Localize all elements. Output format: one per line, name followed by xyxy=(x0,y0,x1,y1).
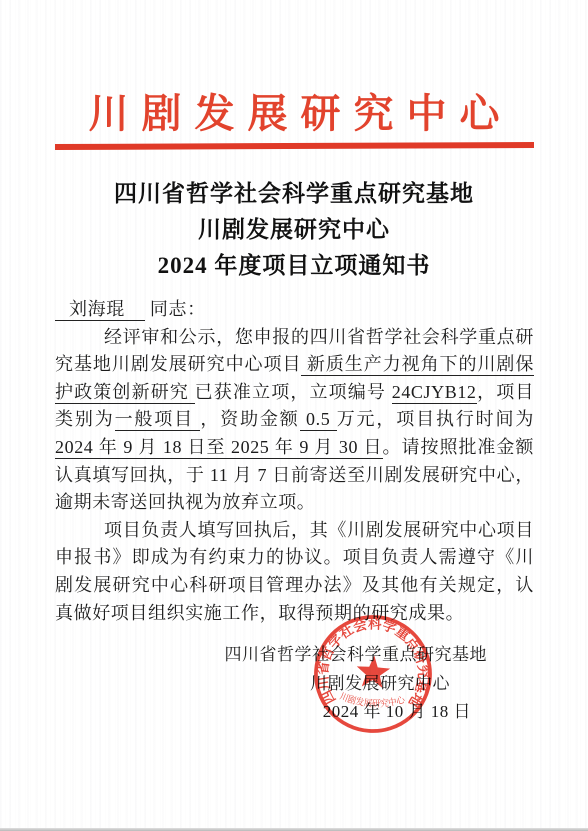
project-number-field: 24CJYB12 xyxy=(392,382,477,404)
p1-text: ，资助金额 xyxy=(200,409,299,429)
document-page: 川剧发展研究中心 四川省哲学社会科学重点研究基地 川剧发展研究中心 2024 年… xyxy=(0,0,588,831)
signature-org-line1: 四川省哲学社会科学重点研究基地 xyxy=(55,641,487,670)
salutation-line: 刘海琨 同志： xyxy=(55,296,534,324)
letterhead-title: 川剧发展研究中心 xyxy=(0,82,588,139)
project-period-field: 2024 年 9 月 18 日至 2025 年 9 月 30 日 xyxy=(55,437,383,459)
letterhead-divider-rule xyxy=(55,142,534,150)
p1-text: 已获准立项，立项编号 xyxy=(195,382,392,402)
title-line-2: 川剧发展研究中心 xyxy=(0,212,588,248)
signature-org-line2: 川剧发展研究中心 xyxy=(55,670,450,699)
grant-amount-field: 0.5 xyxy=(300,409,337,431)
title-line-3: 2024 年度项目立项通知书 xyxy=(0,248,588,284)
paragraph-1: 经评审和公示，您申报的四川省哲学社会科学重点研究基地川剧发展研究中心项目 新质生… xyxy=(55,324,534,517)
p1-text: 万元，项目执行时间为 xyxy=(337,409,539,429)
letter-body: 刘海琨 同志： 经评审和公示，您申报的四川省哲学社会科学重点研究基地川剧发展研究… xyxy=(55,296,534,627)
signature-date: 2024 年 10 月 18 日 xyxy=(55,698,471,727)
paragraph-2: 项目负责人填写回执后，其《川剧发展研究中心项目申报书》即成为有约束力的协议。项目… xyxy=(55,517,534,627)
signature-block: 四川省哲学社会科学重点研究基地 川剧发展研究中心 2024 年 10 月 18 … xyxy=(55,641,534,727)
project-category-field: 一般项目 xyxy=(115,409,201,431)
salutation-suffix: 同志： xyxy=(150,299,206,319)
title-line-1: 四川省哲学社会科学重点研究基地 xyxy=(0,176,588,212)
recipient-name: 刘海琨 xyxy=(55,299,145,321)
document-title: 四川省哲学社会科学重点研究基地 川剧发展研究中心 2024 年度项目立项通知书 xyxy=(0,176,588,284)
